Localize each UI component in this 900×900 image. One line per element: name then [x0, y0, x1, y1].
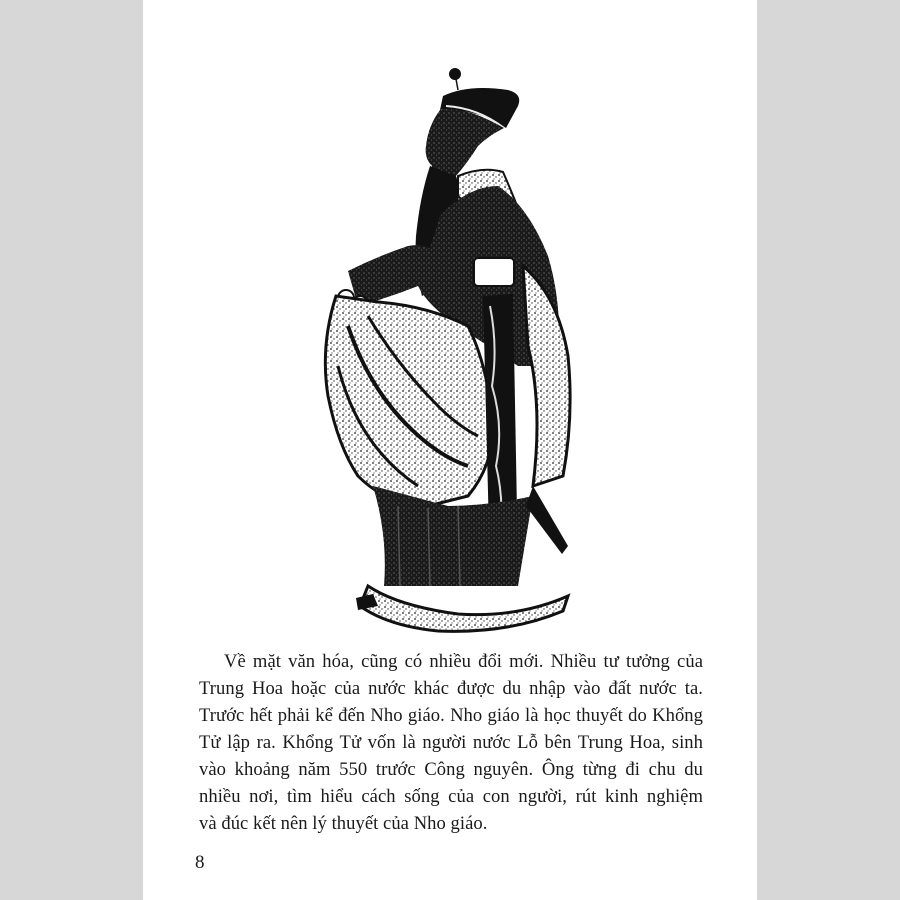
paragraph-line: Trung Hoa hoặc của nước khác được du nhậ… [199, 675, 703, 702]
paragraph-line: Trước hết phải kể đến Nho giáo. Nho giáo… [199, 702, 703, 729]
body-paragraph: Về mặt văn hóa, cũng có nhiều đổi mới. N… [199, 648, 703, 837]
paragraph-line: Tử lập ra. Khổng Tử vốn là người nước Lỗ… [199, 729, 703, 756]
book-page: Về mặt văn hóa, cũng có nhiều đổi mới. N… [143, 0, 757, 900]
paragraph-line: vào khoảng năm 550 trước Công nguyên. Ôn… [199, 756, 703, 783]
confucius-illustration [318, 66, 578, 636]
confucius-figure-icon [318, 66, 578, 636]
paragraph-line: và đúc kết nên lý thuyết của Nho giáo. [199, 810, 703, 837]
document-viewer: Về mặt văn hóa, cũng có nhiều đổi mới. N… [0, 0, 900, 900]
paragraph-line: Về mặt văn hóa, cũng có nhiều đổi mới. N… [199, 648, 703, 675]
page-number: 8 [195, 852, 205, 874]
paragraph-line: nhiều nơi, tìm hiểu cách sống của con ng… [199, 783, 703, 810]
